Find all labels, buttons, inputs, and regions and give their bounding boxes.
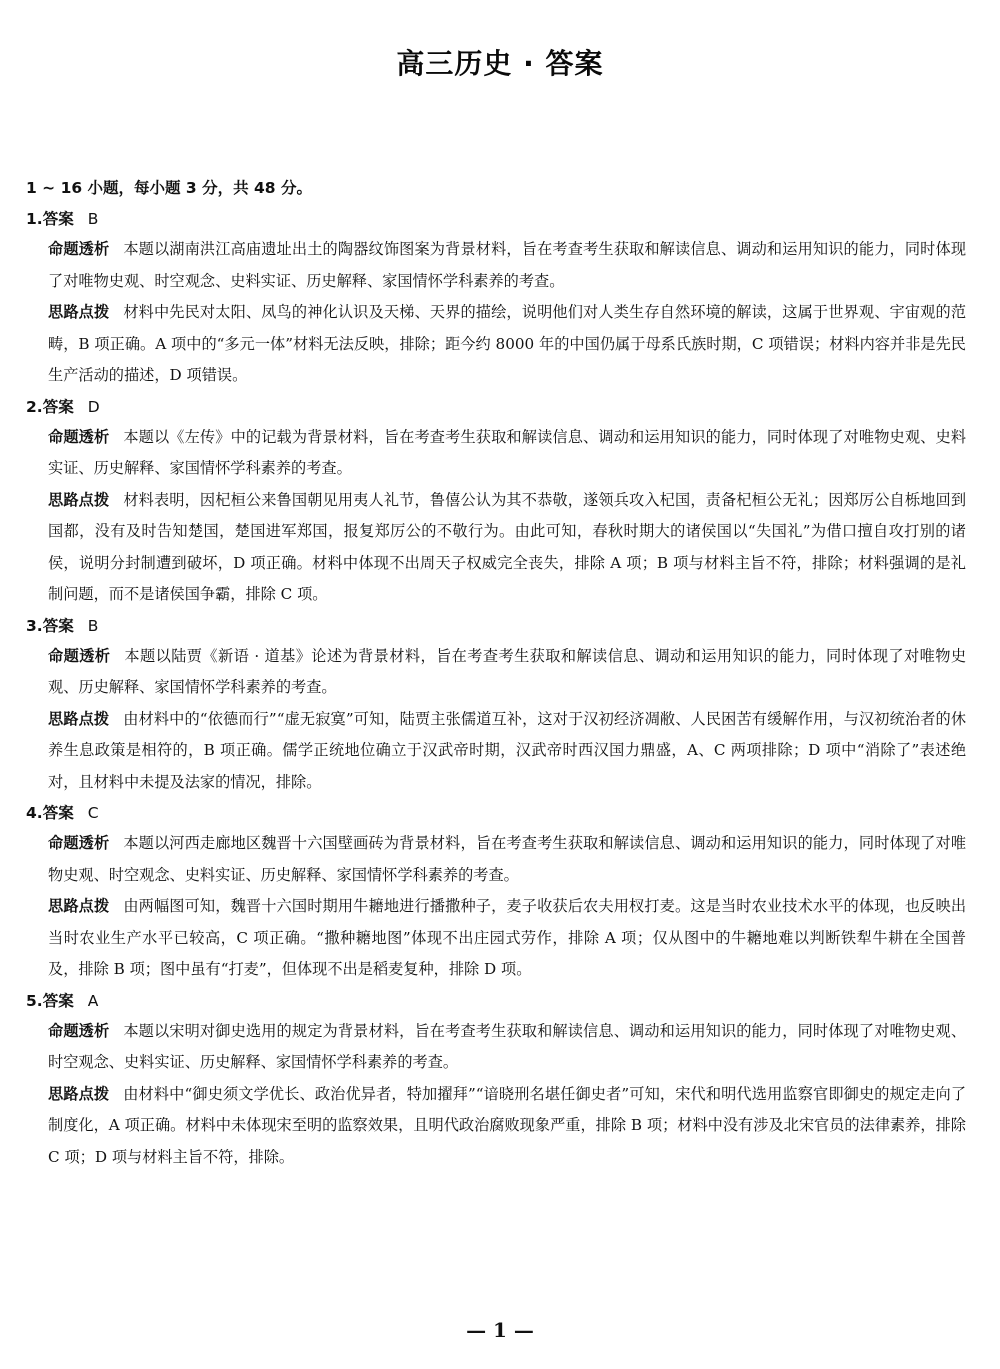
- page-title: 高三历史 · 答案: [0, 42, 1000, 82]
- hint-text: 材料中先民对太阳、凤鸟的神化认识及天梯、天界的描绘，说明他们对人类生存自然环境的…: [48, 303, 966, 384]
- page-number: — 1 —: [0, 1318, 1000, 1342]
- answer-heading: 2.答案D: [26, 392, 966, 422]
- hint-text: 由材料中的“依德而行”“虚无寂寞”可知，陆贾主张儒道互补，这对于汉初经济凋敝、人…: [48, 710, 966, 791]
- answer-label: 答案: [43, 804, 74, 822]
- hint-label: 思路点拨: [48, 1085, 109, 1103]
- question-number: 1.: [26, 210, 43, 228]
- analysis-paragraph: 命题透析本题以《左传》中的记载为背景材料，旨在考查考生获取和解读信息、调动和运用…: [48, 422, 966, 485]
- answer-value: A: [88, 992, 99, 1010]
- answer-value: B: [88, 617, 99, 635]
- hint-label: 思路点拨: [48, 303, 109, 321]
- question-5: 5.答案A 命题透析本题以宋明对御史选用的规定为背景材料，旨在考查考生获取和解读…: [26, 986, 966, 1174]
- hint-paragraph: 思路点拨由材料中的“依德而行”“虚无寂寞”可知，陆贾主张儒道互补，这对于汉初经济…: [48, 704, 966, 799]
- answer-label: 答案: [43, 398, 74, 416]
- question-number: 3.: [26, 617, 43, 635]
- answer-label: 答案: [43, 617, 74, 635]
- answer-value: C: [88, 804, 99, 822]
- question-4: 4.答案C 命题透析本题以河西走廊地区魏晋十六国壁画砖为背景材料，旨在考查考生获…: [26, 798, 966, 986]
- answer-label: 答案: [43, 210, 74, 228]
- analysis-text: 本题以河西走廊地区魏晋十六国壁画砖为背景材料，旨在考查考生获取和解读信息、调动和…: [48, 834, 966, 884]
- analysis-text: 本题以陆贾《新语 · 道基》论述为背景材料，旨在考查考生获取和解读信息、调动和运…: [48, 647, 966, 697]
- analysis-paragraph: 命题透析本题以湖南洪江高庙遗址出土的陶器纹饰图案为背景材料，旨在考查考生获取和解…: [48, 234, 966, 297]
- hint-label: 思路点拨: [48, 710, 109, 728]
- answer-heading: 3.答案B: [26, 611, 966, 641]
- answer-heading: 1.答案B: [26, 204, 966, 234]
- answer-value: B: [88, 210, 99, 228]
- answer-label: 答案: [43, 992, 74, 1010]
- analysis-text: 本题以宋明对御史选用的规定为背景材料，旨在考查考生获取和解读信息、调动和运用知识…: [48, 1022, 966, 1072]
- analysis-label: 命题透析: [48, 240, 109, 258]
- hint-label: 思路点拨: [48, 897, 109, 915]
- question-number: 4.: [26, 804, 43, 822]
- section-intro: 1 ~ 16 小题，每小题 3 分，共 48 分。: [26, 176, 312, 198]
- hint-paragraph: 思路点拨由两幅图可知，魏晋十六国时期用牛耱地进行播撒种子，麦子收获后农夫用杈打麦…: [48, 891, 966, 986]
- analysis-paragraph: 命题透析本题以河西走廊地区魏晋十六国壁画砖为背景材料，旨在考查考生获取和解读信息…: [48, 828, 966, 891]
- analysis-text: 本题以湖南洪江高庙遗址出土的陶器纹饰图案为背景材料，旨在考查考生获取和解读信息、…: [48, 240, 966, 290]
- hint-text: 由材料中“御史须文学优长、政治优异者，特加擢拜”“谙晓刑名堪任御史者”可知，宋代…: [48, 1085, 966, 1166]
- question-number: 5.: [26, 992, 43, 1010]
- hint-label: 思路点拨: [48, 491, 109, 509]
- answer-heading: 4.答案C: [26, 798, 966, 828]
- analysis-label: 命题透析: [48, 647, 110, 665]
- analysis-label: 命题透析: [48, 428, 109, 446]
- analysis-paragraph: 命题透析本题以陆贾《新语 · 道基》论述为背景材料，旨在考查考生获取和解读信息、…: [48, 641, 966, 704]
- hint-paragraph: 思路点拨由材料中“御史须文学优长、政治优异者，特加擢拜”“谙晓刑名堪任御史者”可…: [48, 1079, 966, 1174]
- question-3: 3.答案B 命题透析本题以陆贾《新语 · 道基》论述为背景材料，旨在考查考生获取…: [26, 611, 966, 799]
- answer-value: D: [88, 398, 100, 416]
- hint-text: 由两幅图可知，魏晋十六国时期用牛耱地进行播撒种子，麦子收获后农夫用杈打麦。这是当…: [48, 897, 966, 978]
- answer-heading: 5.答案A: [26, 986, 966, 1016]
- hint-paragraph: 思路点拨材料表明，因杞桓公来鲁国朝见用夷人礼节，鲁僖公认为其不恭敬，遂领兵攻入杞…: [48, 485, 966, 611]
- question-1: 1.答案B 命题透析本题以湖南洪江高庙遗址出土的陶器纹饰图案为背景材料，旨在考查…: [26, 204, 966, 392]
- hint-paragraph: 思路点拨材料中先民对太阳、凤鸟的神化认识及天梯、天界的描绘，说明他们对人类生存自…: [48, 297, 966, 392]
- answer-list: 1.答案B 命题透析本题以湖南洪江高庙遗址出土的陶器纹饰图案为背景材料，旨在考查…: [26, 204, 966, 1173]
- analysis-text: 本题以《左传》中的记载为背景材料，旨在考查考生获取和解读信息、调动和运用知识的能…: [48, 428, 966, 478]
- analysis-label: 命题透析: [48, 1022, 109, 1040]
- hint-text: 材料表明，因杞桓公来鲁国朝见用夷人礼节，鲁僖公认为其不恭敬，遂领兵攻入杞国，责备…: [48, 491, 966, 604]
- question-number: 2.: [26, 398, 43, 416]
- analysis-label: 命题透析: [48, 834, 109, 852]
- analysis-paragraph: 命题透析本题以宋明对御史选用的规定为背景材料，旨在考查考生获取和解读信息、调动和…: [48, 1016, 966, 1079]
- question-2: 2.答案D 命题透析本题以《左传》中的记载为背景材料，旨在考查考生获取和解读信息…: [26, 392, 966, 611]
